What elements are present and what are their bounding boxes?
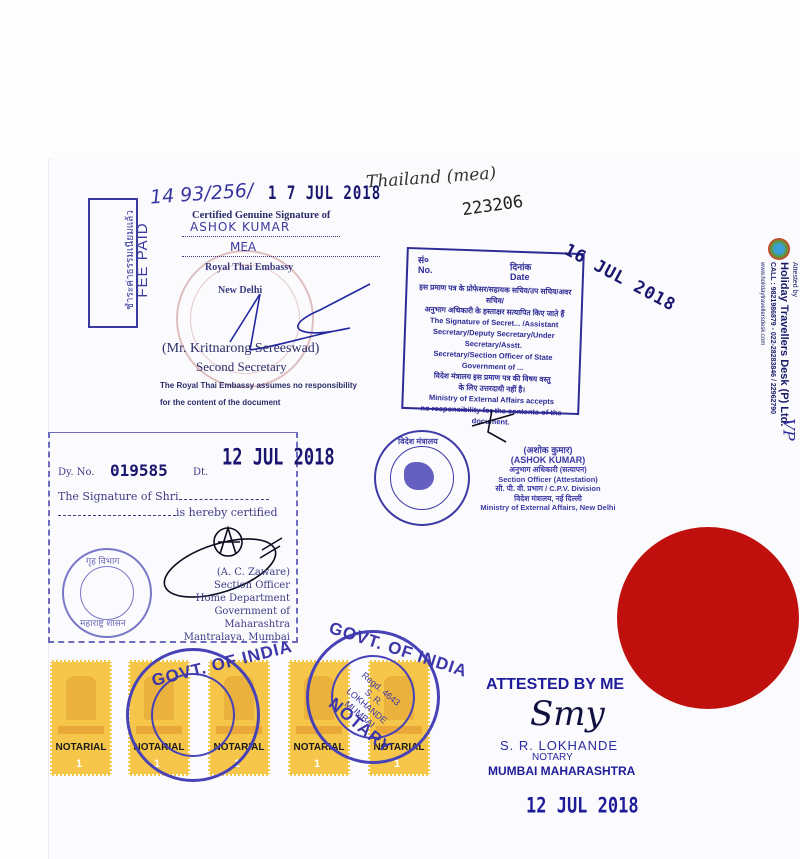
stamp-band	[58, 726, 104, 734]
fee-paid-stamp: ชำระค่าธรรมเนียมแล้ว FEE PAID	[125, 195, 149, 325]
mea-officer-signature	[470, 408, 520, 444]
fee-paid-label: FEE PAID	[137, 195, 149, 325]
mea-ministry-hi: विदेश मंत्रालय, नई दिल्ली	[478, 494, 618, 504]
signature-line-text: The Signature of Shri	[58, 490, 179, 503]
notary-signature: Smy	[530, 694, 605, 734]
agent-contact: CALL : 9821986879 - 022-28283846 / 22962…	[767, 262, 778, 462]
mea-emblem-icon	[404, 462, 434, 490]
thai-disclaimer: The Royal Thai Embassy assumes no respon…	[160, 377, 357, 411]
dt-label: Dt.	[193, 467, 208, 478]
mea-date-label-hi: दिनांक	[510, 262, 531, 272]
mh-seal-top-text: गृह विभाग	[86, 554, 119, 567]
dy-no-label: Dy. No.	[58, 467, 94, 478]
mea-officer-title-hi: अनुभाग अधिकारी (सत्यापन)	[478, 465, 618, 475]
mea-seal-text: विदेश मंत्रालय	[398, 436, 438, 447]
mea-officer-title: Section Officer (Attestation)	[478, 475, 618, 485]
attestation-date: 12 JUL 2018	[526, 794, 639, 819]
mea-officer-name: (ASHOK KUMAR)	[478, 456, 618, 466]
home-officer-block: (A. C. Zaware) Section Officer Home Depa…	[160, 566, 290, 644]
mea-no-label-hi: सं०	[418, 255, 433, 265]
attested-heading: ATTESTED BY ME	[486, 676, 624, 694]
mh-seal-bottom-text: महाराष्ट्र शासन	[80, 616, 126, 629]
disclaimer-line-2: for the content of the document	[160, 394, 357, 411]
lion-capital-emblem-icon	[66, 676, 96, 720]
mea-no-label: सं० No.	[418, 255, 433, 275]
thai-officer-title: Second Secretary	[196, 359, 287, 375]
notarial-value: 1	[314, 758, 320, 770]
signature-of-shri: The Signature of Shri	[58, 490, 269, 503]
mea-no-label-en: No.	[418, 265, 433, 275]
disclaimer-line-1: The Royal Thai Embassy assumes no respon…	[160, 377, 357, 394]
certified-line-text: is hereby certified	[176, 506, 278, 519]
certified-name: ASHOK KUMAR	[182, 220, 340, 237]
thai-ref-date: 1 7 JUL 2018	[268, 184, 381, 205]
mea-date-label-en: Date	[510, 272, 531, 282]
notarial-stamp: NOTARIAL1	[50, 660, 112, 776]
dy-number: 019585	[110, 461, 168, 480]
home-department: Home Department	[160, 592, 290, 605]
notary-name: S. R. LOKHANDE	[500, 738, 618, 753]
mea-officer-division: सी. पी. वी. प्रभाग / C.P.V. Division	[478, 484, 618, 494]
embassy-name: Royal Thai Embassy	[205, 262, 293, 273]
home-officer-name: (A. C. Zaware)	[160, 566, 290, 579]
hereby-certified: is hereby certified	[58, 506, 278, 519]
agent-logo-icon	[768, 238, 790, 260]
notary-location: MUMBAI MAHARASHTRA	[488, 764, 635, 778]
home-officer-title: Section Officer	[160, 579, 290, 592]
notarial-value: 1	[76, 758, 82, 770]
home-dept-date: 12 JUL 2018	[222, 445, 335, 471]
certified-org: MEA	[182, 240, 380, 257]
notarial-label: NOTARIAL	[52, 742, 110, 753]
notary-title: NOTARY	[532, 752, 573, 763]
home-government: Government of Maharashtra	[160, 605, 290, 631]
agent-initials: VP	[780, 418, 799, 440]
mea-officer-block: (अशोक कुमार) (ASHOK KUMAR) अनुभाग अधिकार…	[478, 446, 618, 513]
agent-website: www.holidaytravellersdesk.com	[756, 262, 767, 462]
mea-ministry: Ministry of External Affairs, New Delhi	[478, 503, 618, 513]
thai-officer-name: (Mr. Kritnarong Sereeswad)	[162, 341, 319, 357]
red-wax-seal	[620, 530, 796, 706]
mea-date-label: दिनांक Date	[510, 262, 531, 282]
